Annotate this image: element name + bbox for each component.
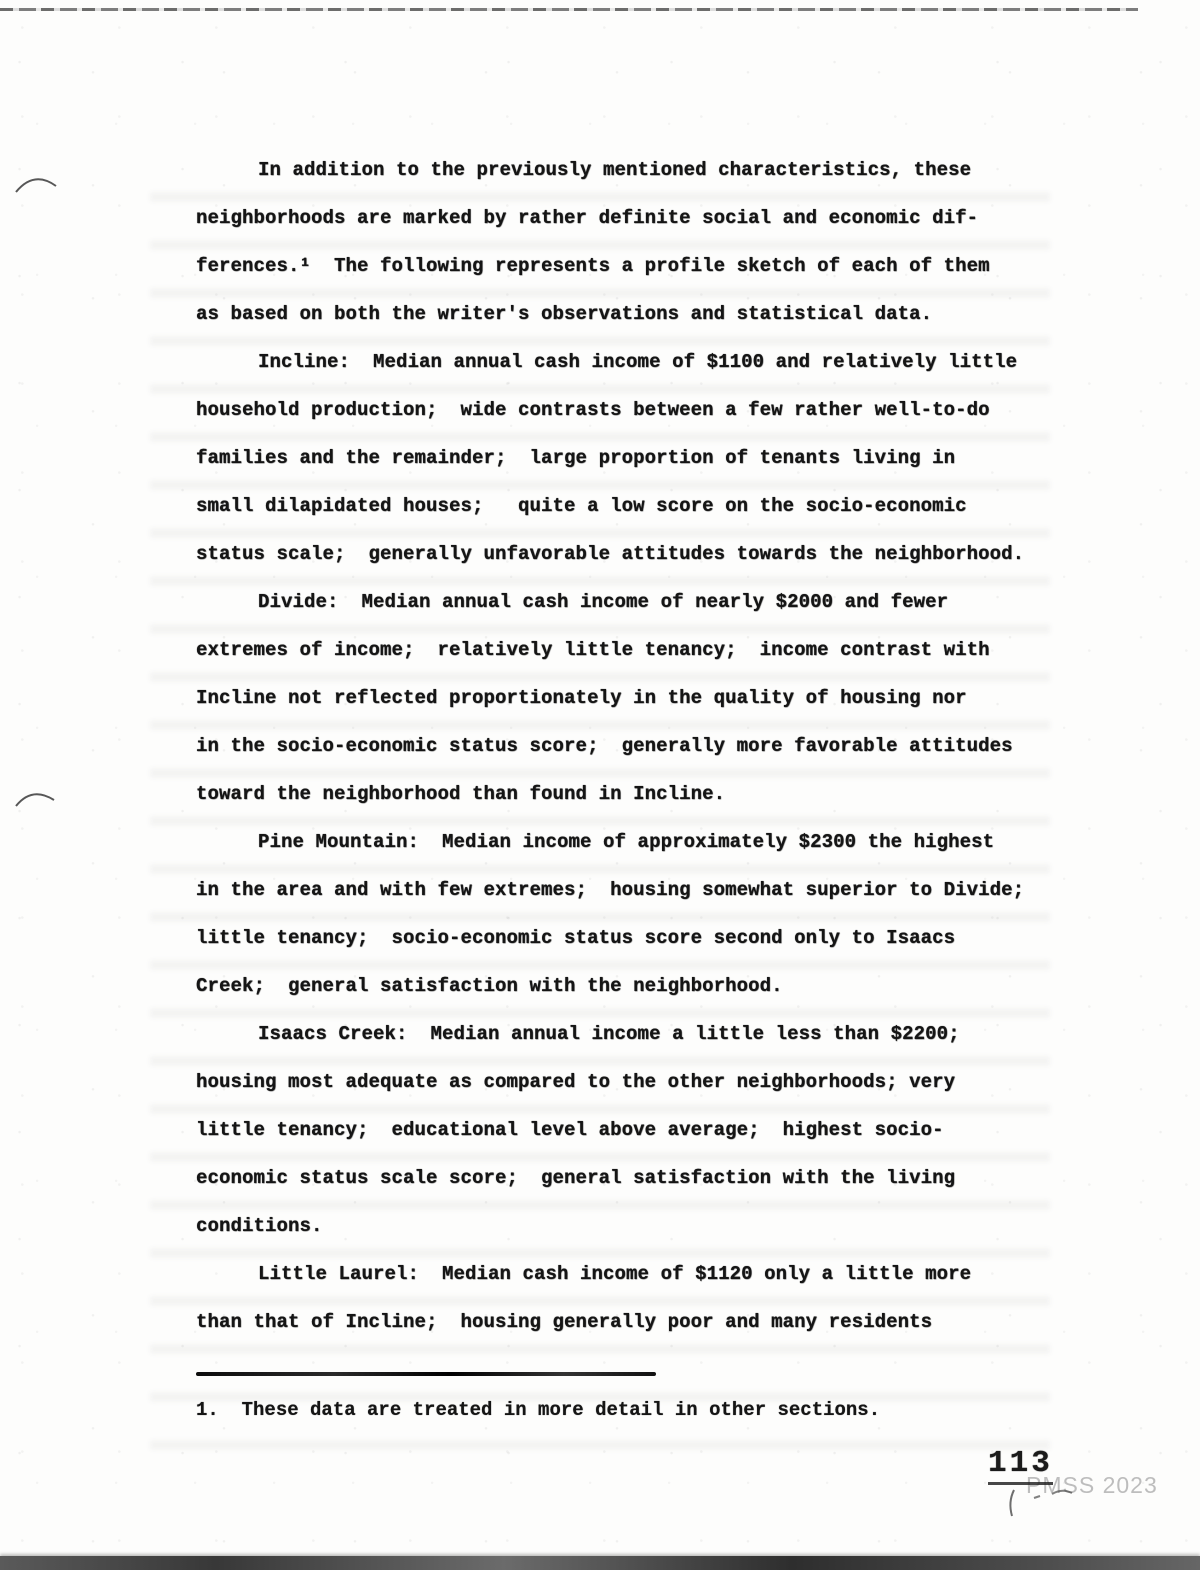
pencil-scribble-mark [1000,1484,1110,1524]
text-line: neighborhoods are marked by rather defin… [196,194,1056,242]
text-line: Divide: Median annual cash income of nea… [196,578,1056,626]
paragraph-pine-mountain: Pine Mountain: Median income of approxim… [196,818,1056,1010]
text-line: Incline not reflected proportionately in… [196,674,1056,722]
text-line: small dilapidated houses; quite a low sc… [196,482,1056,530]
text-line: Incline: Median annual cash income of $1… [196,338,1056,386]
text-line: in the socio-economic status score; gene… [196,722,1056,770]
paragraph-divide: Divide: Median annual cash income of nea… [196,578,1056,818]
text-line: In addition to the previously mentioned … [196,146,1056,194]
pencil-arc-mark [14,784,56,810]
text-line: economic status scale score; general sat… [196,1154,1056,1202]
text-line: little tenancy; educational level above … [196,1106,1056,1154]
paragraph-little-laurel: Little Laurel: Median cash income of $11… [196,1250,1056,1346]
text-line: conditions. [196,1202,1056,1250]
text-line: families and the remainder; large propor… [196,434,1056,482]
text-line: Creek; general satisfaction with the nei… [196,962,1056,1010]
text-line: household production; wide contrasts bet… [196,386,1056,434]
document-body: In addition to the previously mentioned … [196,146,1056,1346]
paragraph-incline: Incline: Median annual cash income of $1… [196,338,1056,578]
text-line: housing most adequate as compared to the… [196,1058,1056,1106]
text-line: Isaacs Creek: Median annual income a lit… [196,1010,1056,1058]
text-line: status scale; generally unfavorable atti… [196,530,1056,578]
text-line: in the area and with few extremes; housi… [196,866,1056,914]
scan-artifact-top-edge [0,8,1138,11]
pencil-arc-mark [14,168,58,196]
text-line: Little Laurel: Median cash income of $11… [196,1250,1056,1298]
text-line: than that of Incline; housing generally … [196,1298,1056,1346]
scanned-document-page: In addition to the previously mentioned … [0,0,1200,1570]
page-number: 113 [988,1446,1053,1485]
text-line: Pine Mountain: Median income of approxim… [196,818,1056,866]
footnote-separator-rule [196,1372,656,1376]
scan-artifact-bottom-edge [0,1556,1200,1570]
paragraph-intro: In addition to the previously mentioned … [196,146,1056,338]
text-line: as based on both the writer's observatio… [196,290,1056,338]
text-line: extremes of income; relatively little te… [196,626,1056,674]
text-line: little tenancy; socio-economic status sc… [196,914,1056,962]
footnote-text: 1. These data are treated in more detail… [196,1388,1016,1432]
text-line: toward the neighborhood than found in In… [196,770,1056,818]
paragraph-isaacs-creek: Isaacs Creek: Median annual income a lit… [196,1010,1056,1250]
text-line: ferences.¹ The following represents a pr… [196,242,1056,290]
